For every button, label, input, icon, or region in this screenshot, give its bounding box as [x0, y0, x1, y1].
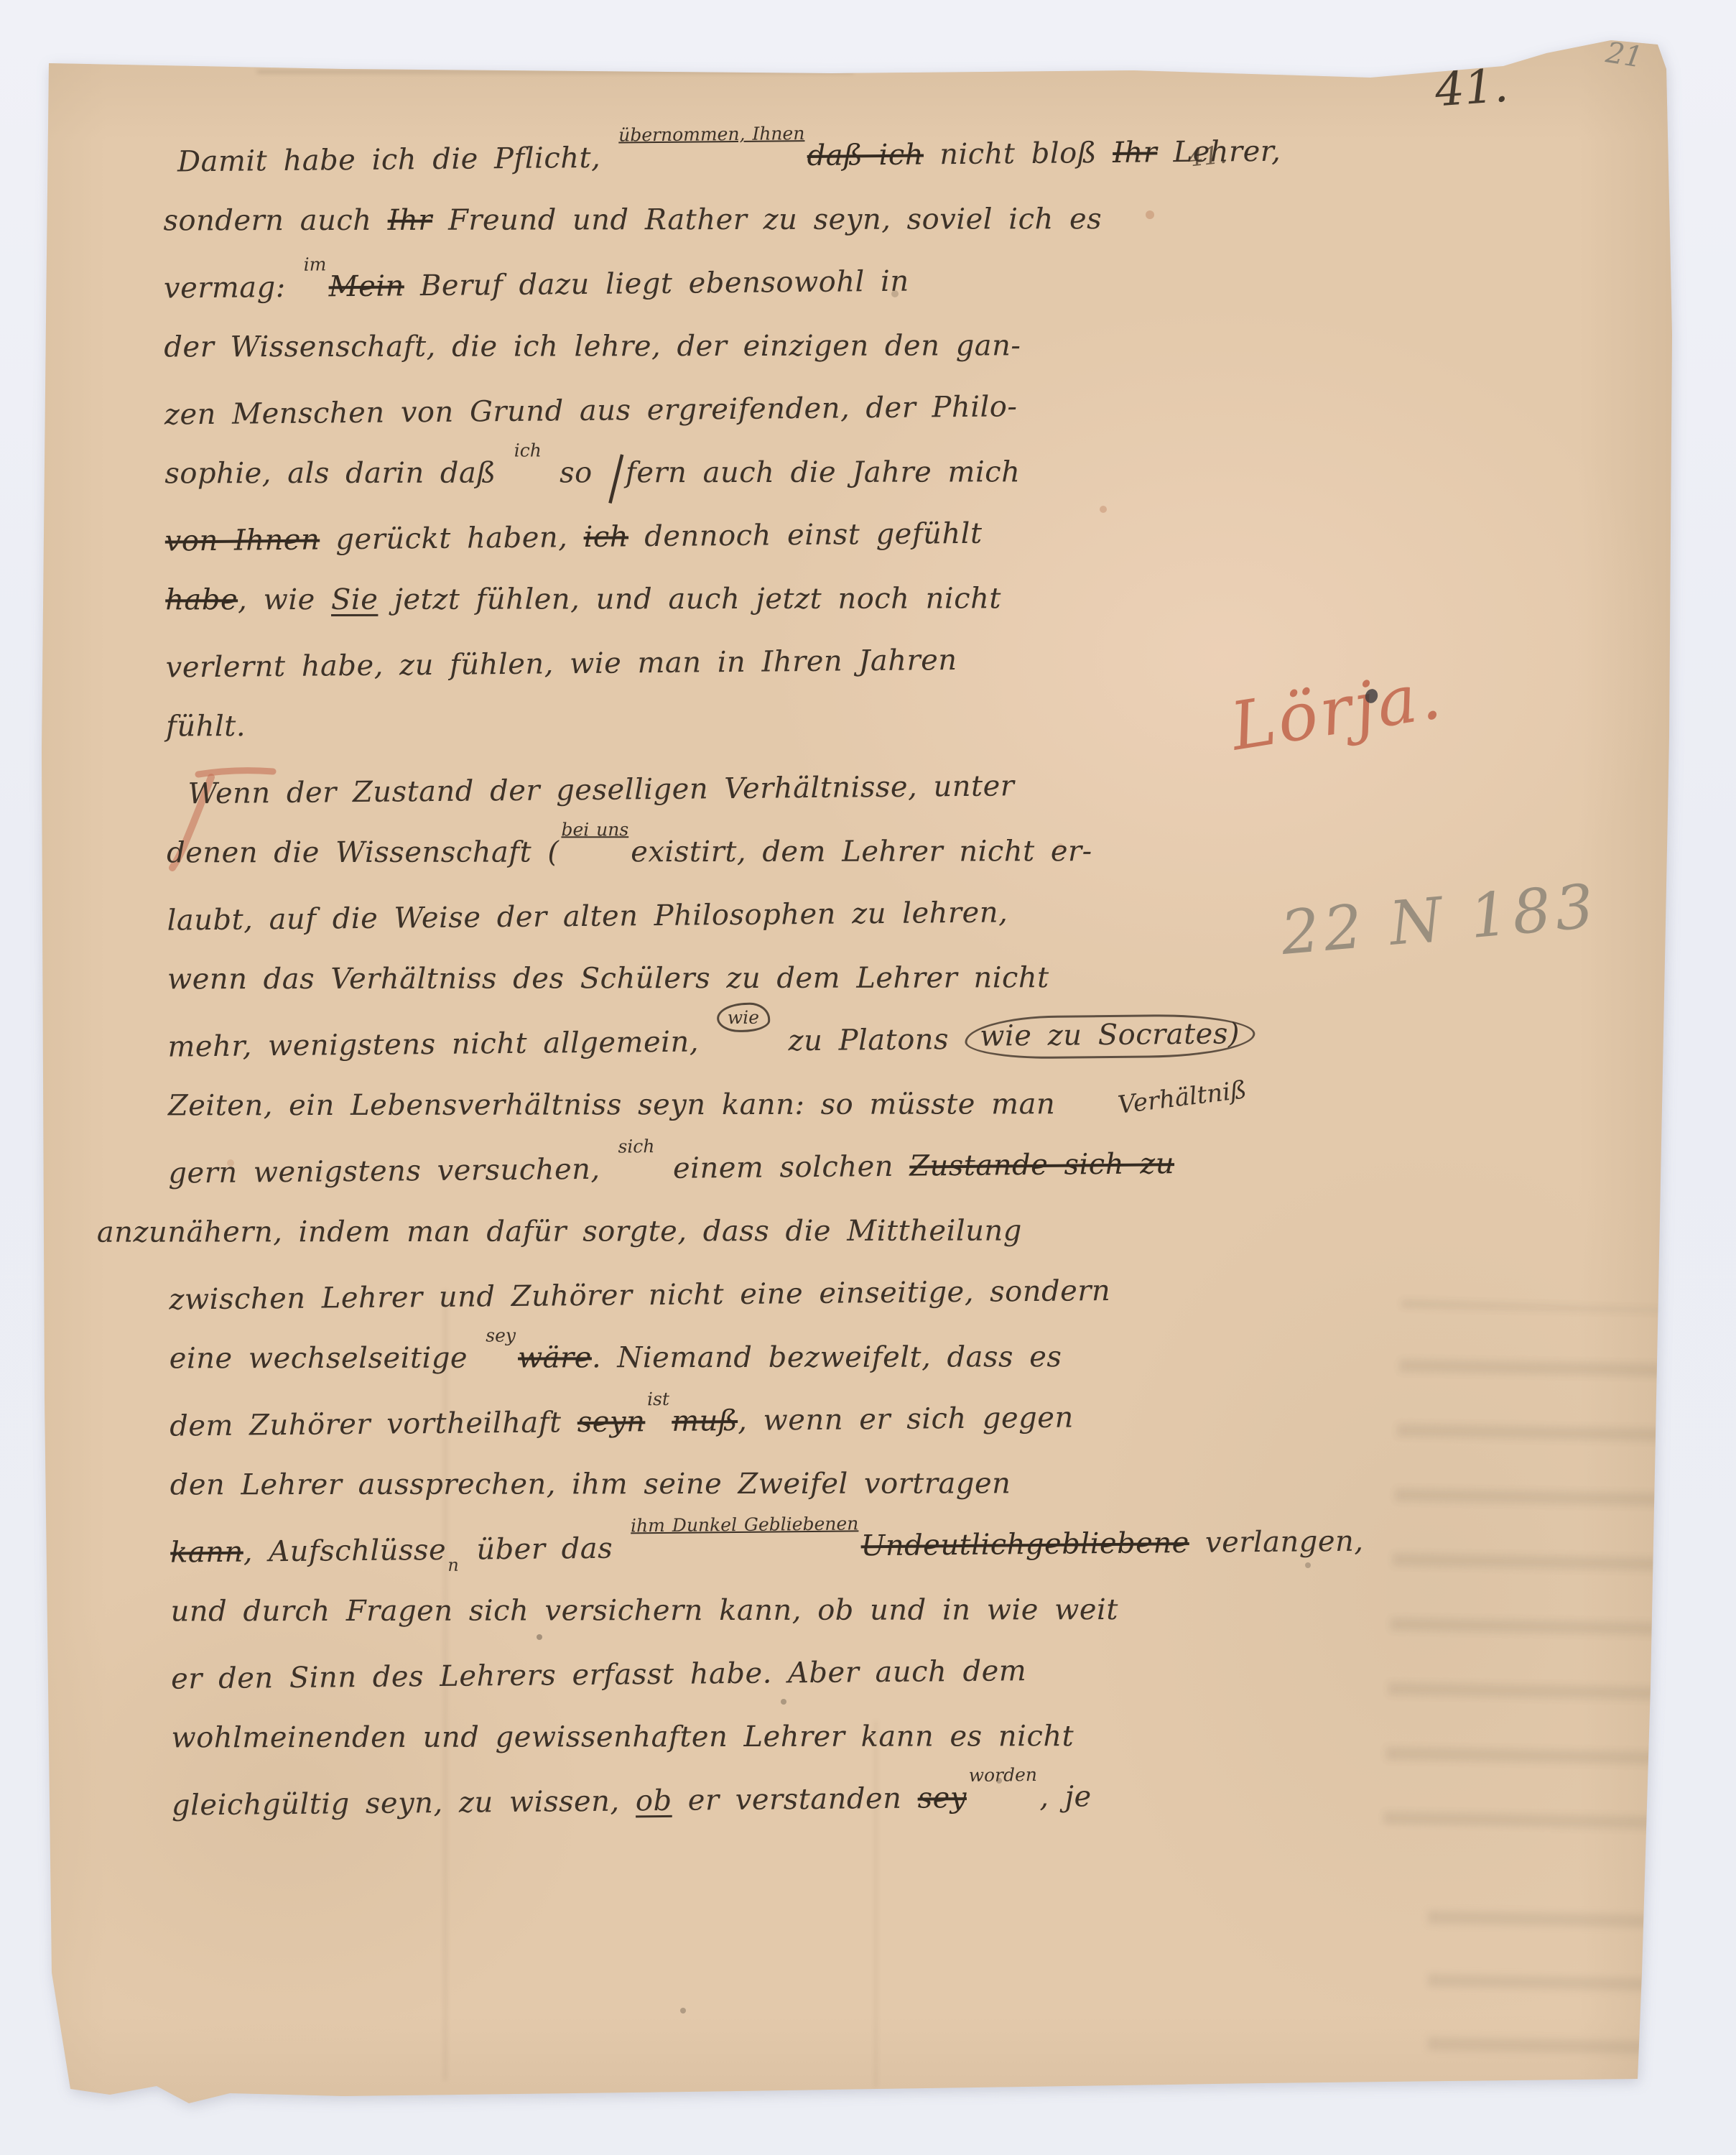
struck-text: Ihr: [388, 204, 432, 237]
inserted-text: ich: [514, 440, 542, 460]
manuscript-line: den Lehrer aussprechen, ihm seine Zweife…: [170, 1452, 1305, 1517]
handwritten-text: Beruf dazu liegt ebensowohl in: [404, 265, 909, 303]
handwritten-text: eine wechselseitige: [170, 1342, 484, 1376]
manuscript-line: sondern auch Ihr Freund und Rather zu se…: [163, 187, 1298, 253]
scanned-manuscript: { "page": { "backdrop_color": "#edeff5",…: [0, 0, 1736, 2155]
handwritten-text: und durch Fragen sich versichern kann, o…: [171, 1593, 1118, 1628]
handwritten-text: verlangen,: [1189, 1525, 1364, 1560]
handwritten-text: jetzt fühlen, und auch jetzt noch nicht: [378, 582, 1001, 616]
manuscript-line: mehr, wenigstens nicht allgemein, wie zu…: [167, 1004, 1303, 1078]
manuscript-line: anzunähern, indem man dafür sorgte, dass…: [97, 1199, 1304, 1264]
struck-text: ich: [583, 520, 628, 554]
handwritten-text: |: [610, 473, 623, 477]
handwritten-text: gleichgültig seyn, zu wissen,: [172, 1784, 636, 1822]
struck-text: Zustande sich zu: [909, 1147, 1174, 1183]
manuscript-line: der Wissenschaft, die ich lehre, der ein…: [164, 314, 1299, 379]
struck-text: Ihr: [1113, 136, 1158, 170]
struck-text: Mein: [328, 269, 404, 303]
handwritten-text: über das: [460, 1531, 629, 1566]
handwritten-text: den Lehrer aussprechen, ihm seine Zweife…: [170, 1467, 1011, 1501]
manuscript-line: laubt, auf die Weise der alten Philosoph…: [167, 878, 1302, 952]
handwritten-text: zu Platons: [772, 1023, 965, 1058]
struck-text: seyn: [577, 1405, 646, 1439]
handwritten-text: vermag:: [164, 271, 302, 305]
handwritten-text: sophie, als darin daß: [164, 457, 512, 491]
underlined-text: Sie: [331, 583, 378, 616]
handwritten-text: mehr, wenigstens nicht allgemein,: [167, 1025, 715, 1063]
handwritten-text: Freund und Rather zu seyn, soviel ich es: [432, 203, 1102, 237]
handwritten-text: verlernt habe, zu fühlen, wie man in Ihr…: [166, 644, 957, 685]
manuscript-page: 41. 41. 21 Lörja. 22 N 183 Verhältniß Da…: [42, 33, 1679, 2109]
struck-text: kann: [170, 1536, 243, 1570]
verso-bleedthrough: [1383, 1300, 1675, 1870]
handwritten-text: gerückt haben,: [320, 521, 584, 557]
handwritten-text: , Aufschlüsse: [243, 1534, 447, 1569]
handwritten-text: Zeiten, ein Lebensverhältniss seyn kann:…: [168, 1088, 1055, 1122]
paper-sheet: 41. 41. 21 Lörja. 22 N 183 Verhältniß Da…: [42, 33, 1679, 2109]
manuscript-line: sophie, als darin daß ich so |fern auch …: [164, 440, 1299, 506]
inserted-text: worden: [968, 1764, 1037, 1786]
inserted-text: ihm Dunkel Gebliebenen: [631, 1513, 858, 1536]
handwritten-text: er verstanden: [672, 1782, 918, 1817]
underlined-text: ob: [636, 1784, 672, 1817]
struck-text: habe: [165, 583, 238, 616]
handwritten-text: fern auch die Jahre mich: [626, 455, 1020, 489]
handwritten-text: wohlmeinenden und gewissenhaften Lehrer …: [171, 1720, 1074, 1754]
handwritten-text: dennoch einst gefühlt: [628, 517, 983, 554]
struck-text: Undeutlichgebliebene: [860, 1526, 1189, 1562]
handwritten-text: so: [544, 456, 608, 489]
manuscript-line: er den Sinn des Lehrers erfasst habe. Ab…: [171, 1636, 1306, 1710]
manuscript-line: zwischen Lehrer und Zuhörer nicht eine e…: [169, 1257, 1304, 1331]
struck-text: wäre: [518, 1341, 592, 1374]
manuscript-line: fühlt.: [166, 693, 1301, 759]
handwritten-text: er den Sinn des Lehrers erfasst habe. Ab…: [171, 1654, 1027, 1695]
handwritten-text: Damit habe ich die Pflicht,: [177, 142, 617, 179]
handwritten-text: , je: [1039, 1780, 1092, 1814]
manuscript-line: Wenn der Zustand der geselligen Verhältn…: [187, 751, 1301, 825]
handwritten-text: Lehrer,: [1157, 135, 1281, 170]
struck-text: muß: [672, 1404, 738, 1438]
struck-text: daß ich: [807, 138, 924, 172]
struck-text: sey: [917, 1781, 967, 1815]
inserted-text: im: [303, 254, 326, 274]
inserted-text: wie: [717, 1003, 771, 1033]
handwritten-text: dem Zuhörer vortheilhaft: [170, 1406, 577, 1442]
handwritten-text: Wenn der Zustand der geselligen Verhältn…: [187, 769, 1014, 810]
handwritten-text: sondern auch: [163, 204, 387, 238]
manuscript-line: verlernt habe, zu fühlen, wie man in Ihr…: [165, 625, 1301, 699]
manuscript-text-block: Damit habe ich die Pflicht, übernommen, …: [163, 122, 1306, 1835]
manuscript-line: Zeiten, ein Lebensverhältniss seyn kann:…: [168, 1072, 1303, 1138]
handwritten-text: fühlt.: [166, 710, 246, 743]
inserted-text: sich: [618, 1136, 654, 1157]
manuscript-line: von Ihnen gerückt haben, ich dennoch ein…: [164, 499, 1300, 573]
handwritten-text: einem solchen: [657, 1150, 910, 1185]
handwritten-text: zen Menschen von Grund aus ergreifenden,…: [164, 390, 1018, 431]
manuscript-line: wenn das Verhältniss des Schülers zu dem…: [167, 946, 1302, 1011]
handwritten-text: denen die Wissenschaft (: [167, 835, 559, 869]
inserted-text: sey: [486, 1325, 516, 1346]
inserted-text: übernommen, Ihnen: [618, 123, 804, 145]
handwritten-text: . Niemand bezweifelt, dass es: [592, 1340, 1062, 1374]
manuscript-line: habe, wie Sie jetzt fühlen, und auch jet…: [165, 567, 1300, 632]
manuscript-line: vermag: imMein Beruf dazu liegt ebensowo…: [164, 246, 1299, 320]
manuscript-line: wohlmeinenden und gewissenhaften Lehrer …: [171, 1705, 1306, 1770]
manuscript-line: dem Zuhörer vortheilhaft seynistmuß, wen…: [170, 1384, 1305, 1457]
handwritten-text: , wenn er sich gegen: [738, 1401, 1074, 1437]
manuscript-line: zen Menschen von Grund aus ergreifenden,…: [164, 372, 1299, 446]
handwritten-text: gern wenigstens versuchen,: [168, 1153, 616, 1190]
handwritten-text: nicht bloß: [924, 136, 1113, 172]
handwritten-text: der Wissenschaft, die ich lehre, der ein…: [164, 329, 1021, 363]
inserted-text: n: [447, 1555, 459, 1575]
inserted-text: ist: [647, 1389, 669, 1409]
manuscript-line: eine wechselseitige seywäre. Niemand bez…: [170, 1325, 1304, 1391]
loop-marked-text: wie zu Socrates): [965, 1014, 1255, 1060]
paper-stains: [42, 33, 46, 37]
manuscript-line: denen die Wissenschaft (bei unsexistirt,…: [167, 820, 1301, 885]
manuscript-line: Damit habe ich die Pflicht, übernommen, …: [177, 119, 1299, 193]
handwritten-text: anzunähern, indem man dafür sorgte, dass…: [97, 1214, 1022, 1248]
manuscript-line: und durch Fragen sich versichern kann, o…: [171, 1578, 1306, 1644]
verso-bleedthrough: [1428, 1901, 1658, 2087]
handwritten-text: , wie: [238, 583, 331, 616]
handwritten-text: wenn das Verhältniss des Schülers zu dem…: [167, 961, 1049, 996]
manuscript-line: gern wenigstens versuchen, sich einem so…: [168, 1131, 1304, 1205]
handwritten-text: zwischen Lehrer und Zuhörer nicht eine e…: [169, 1274, 1110, 1317]
handwritten-text: laubt, auf die Weise der alten Philosoph…: [167, 896, 1008, 937]
struck-text: von Ihnen: [165, 524, 320, 558]
scanner-backdrop: 41. 41. 21 Lörja. 22 N 183 Verhältniß Da…: [0, 0, 1736, 2155]
handwritten-text: existirt, dem Lehrer nicht er-: [631, 835, 1092, 868]
inserted-text: bei uns: [561, 819, 628, 840]
manuscript-line: kann, Aufschlüssen über das ihm Dunkel G…: [170, 1510, 1306, 1584]
manuscript-line: gleichgültig seyn, zu wissen, ob er vers…: [172, 1763, 1307, 1837]
